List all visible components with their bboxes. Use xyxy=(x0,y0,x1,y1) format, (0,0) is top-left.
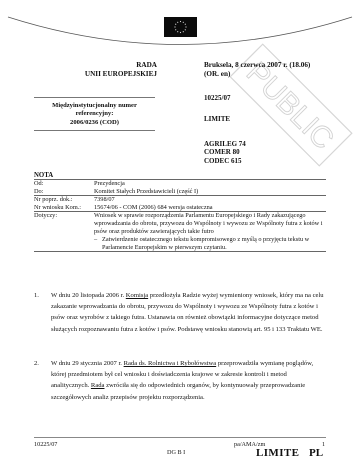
row-label: Nr poprz. dok.: xyxy=(34,196,94,204)
code-agrileg: AGRILEG 74 xyxy=(204,140,246,148)
paragraph-text: W dniu 29 stycznia 2007 r. Rada ds. Roln… xyxy=(51,358,326,403)
council-agrifish-link[interactable]: Rada ds. Rolnictwa i Rybołówstwa xyxy=(124,360,217,367)
row-value: Wniosek w sprawie rozporządzenia Parlame… xyxy=(94,212,326,251)
paragraph-number: 1. xyxy=(34,290,39,301)
komisja-link[interactable]: Komisja xyxy=(126,292,148,299)
footer-dg: DG B I xyxy=(167,449,185,456)
footer-classification: LIMITE xyxy=(256,447,299,459)
row-value: 15674/06 - COM (2006) 684 wersja ostatec… xyxy=(94,204,326,212)
row-label: Do: xyxy=(34,188,94,196)
ref-label-2: referencyjny: xyxy=(34,110,155,118)
rada-link[interactable]: Rada xyxy=(91,382,105,389)
institution-line-1: RADA xyxy=(85,61,157,70)
dash-bullet: – xyxy=(94,236,102,251)
interinstitutional-reference: Międzyinstytucjonalny numer referencyjny… xyxy=(34,97,155,131)
ref-number: 2006/0236 (COD) xyxy=(34,119,155,127)
nota-table: Od: Prezydencja Do: Komitet Stałych Prze… xyxy=(34,179,326,252)
row-value: 7398/07 xyxy=(94,196,326,204)
institution-name: RADA UNII EUROPEJSKIEJ xyxy=(85,61,157,79)
nota-row-prev-doc: Nr poprz. dok.: 7398/07 xyxy=(34,196,326,204)
nota-row-from: Od: Prezydencja xyxy=(34,180,326,188)
nota-title: NOTA xyxy=(34,172,53,179)
place-date: Bruksela, 8 czerwca 2007 r. (18.06) (OR.… xyxy=(204,61,310,79)
original-language: (OR. en) xyxy=(204,70,310,79)
text-segment: W dniu 29 stycznia 2007 r. xyxy=(51,360,124,367)
paragraph-number: 2. xyxy=(34,358,39,369)
institution-line-2: UNII EUROPEJSKIEJ xyxy=(85,70,157,79)
row-label: Nr wniosku Kom.: xyxy=(34,204,94,212)
document-codes: AGRILEG 74 COMER 80 CODEC 615 xyxy=(204,140,246,165)
place-date-line: Bruksela, 8 czerwca 2007 r. (18.06) xyxy=(204,61,310,70)
classification-label: LIMITE xyxy=(204,115,230,123)
row-label: Od: xyxy=(34,180,94,188)
nota-row-subject: Dotyczy: Wniosek w sprawie rozporządzeni… xyxy=(34,212,326,252)
code-comer: COMER 80 xyxy=(204,148,246,156)
row-value: Prezydencja xyxy=(94,180,326,188)
document-number: 10225/07 xyxy=(204,94,230,102)
subject-sub-text: Zatwierdzenie ostatecznego tekstu kompro… xyxy=(102,236,326,251)
eu-flag-icon xyxy=(164,17,197,37)
footer-document-number: 10225/07 xyxy=(34,441,57,448)
row-value: Komitet Stałych Przedstawicieli (część I… xyxy=(94,188,326,196)
subject-text: Wniosek w sprawie rozporządzenia Parlame… xyxy=(94,212,326,235)
paragraph-text: W dniu 20 listopada 2006 r. Komisja prze… xyxy=(51,290,326,335)
row-label: Dotyczy: xyxy=(34,212,94,251)
ref-label-1: Międzyinstytucjonalny numer xyxy=(34,102,155,110)
subject-sub-item: – Zatwierdzenie ostatecznego tekstu komp… xyxy=(94,236,326,251)
code-codec: CODEC 615 xyxy=(204,157,246,165)
paragraph-1: 1. W dniu 20 listopada 2006 r. Komisja p… xyxy=(34,290,326,335)
footer-divider xyxy=(34,437,326,438)
text-segment: W dniu 20 listopada 2006 r. xyxy=(51,292,126,299)
paragraph-2: 2. W dniu 29 stycznia 2007 r. Rada ds. R… xyxy=(34,358,326,403)
nota-row-to: Do: Komitet Stałych Przedstawicieli (czę… xyxy=(34,188,326,197)
footer-language: PL xyxy=(309,447,323,459)
nota-row-com-proposal: Nr wniosku Kom.: 15674/06 - COM (2006) 6… xyxy=(34,204,326,213)
